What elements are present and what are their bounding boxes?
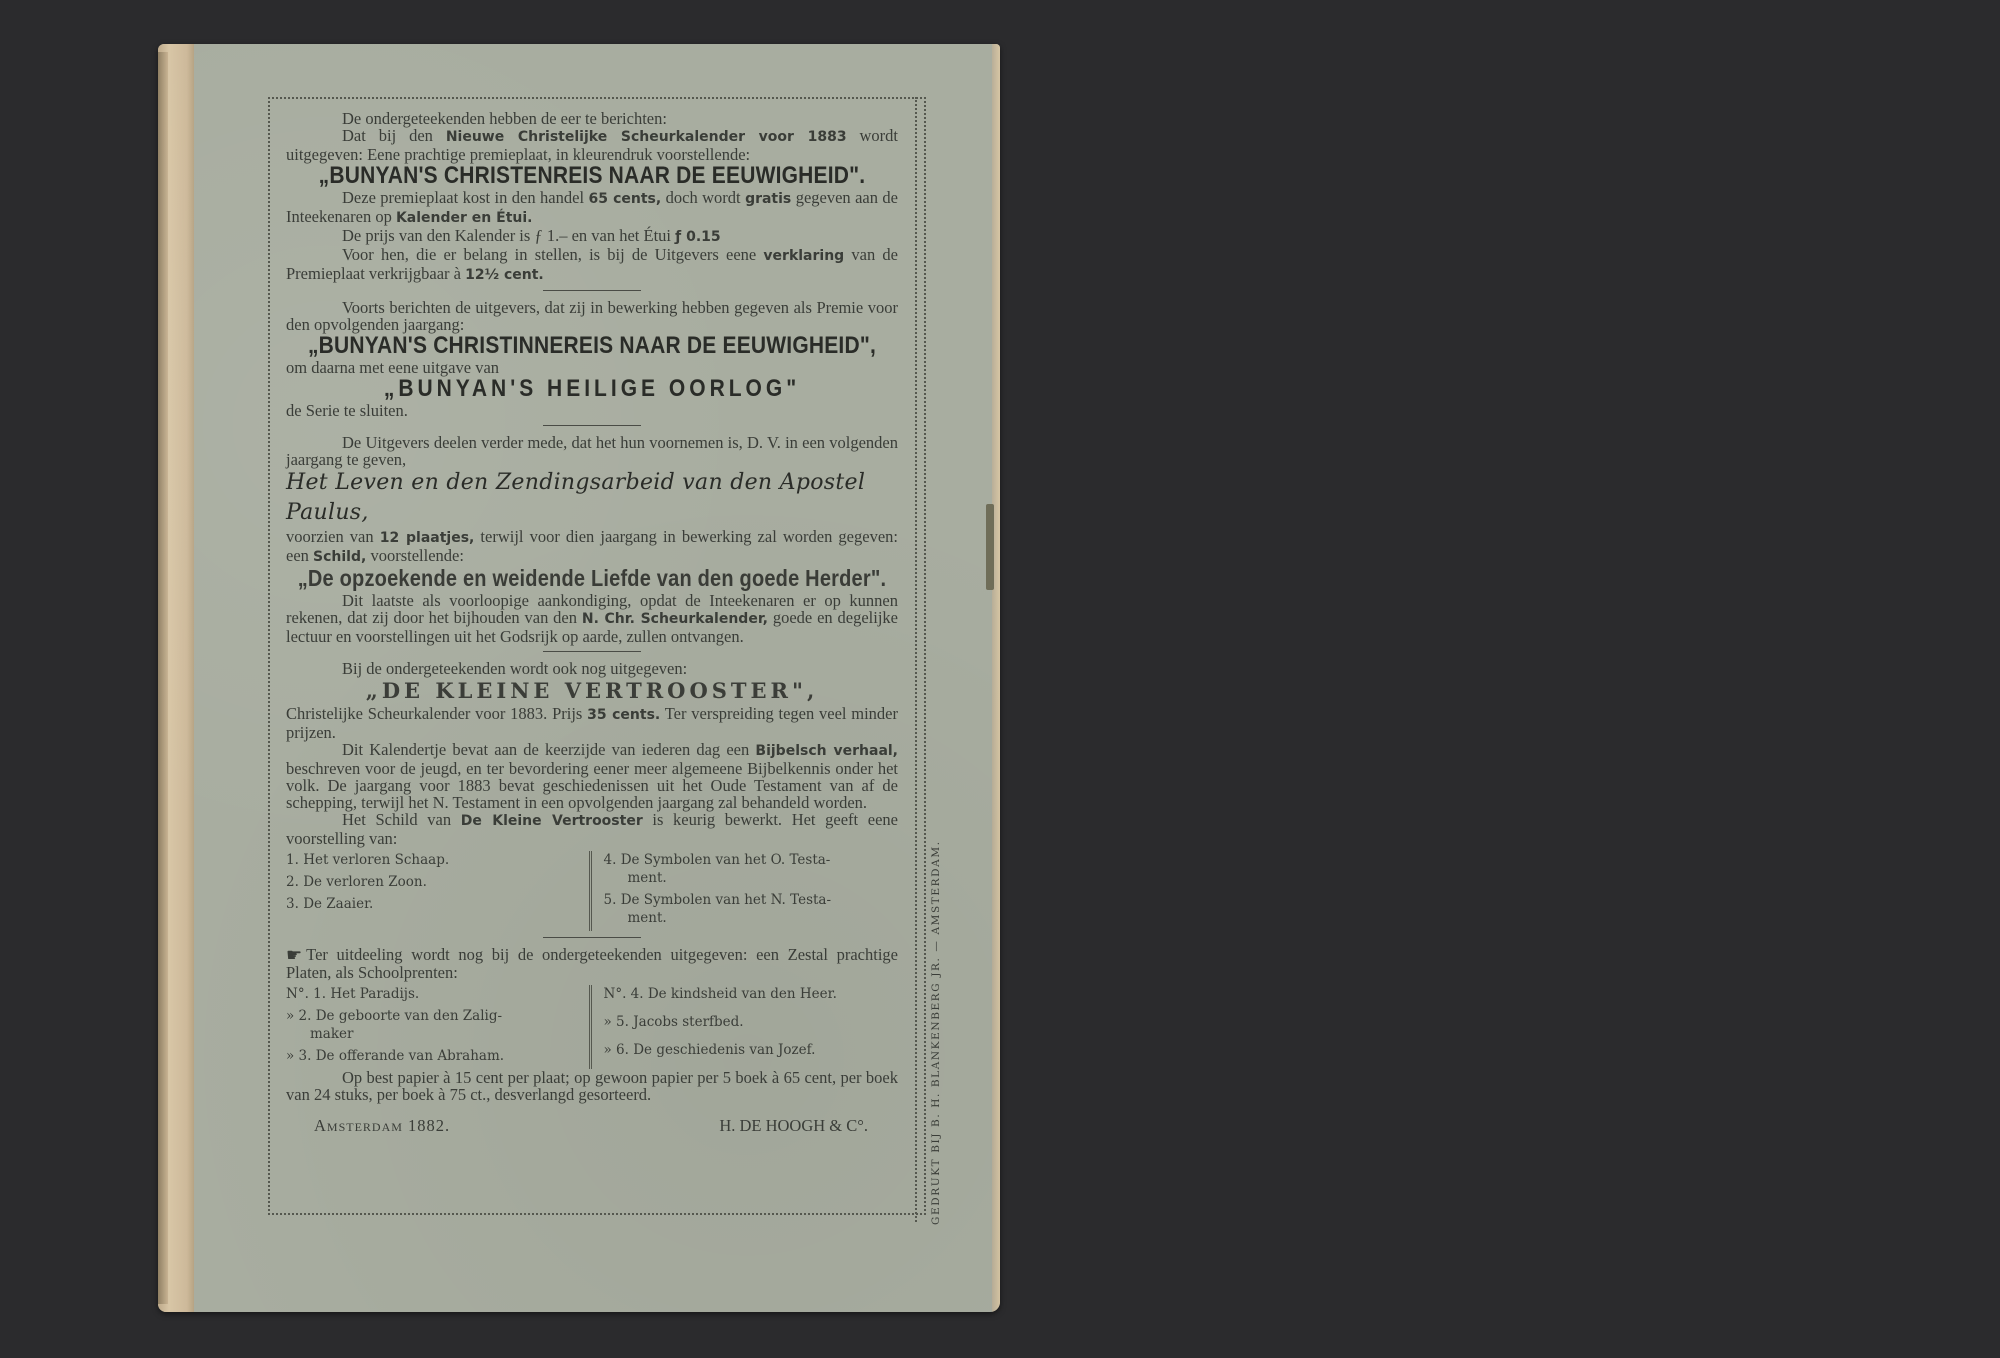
item-number: 1. — [286, 852, 299, 868]
item-text: De offerande van Abraham. — [316, 1048, 504, 1064]
paragraph: Voorts berichten de uitgevers, dat zij i… — [286, 299, 898, 333]
item-number: 2. — [286, 874, 299, 890]
text: De prijs van den Kalender is ƒ 1.– en va… — [342, 226, 675, 245]
paragraph: Voor hen, die er belang in stellen, is b… — [286, 246, 898, 284]
divider — [543, 290, 641, 291]
paragraph: de Serie te sluiten. — [286, 402, 898, 419]
item-text: Het Paradijs. — [330, 986, 419, 1002]
list-item: 1. Het verloren Schaap. — [286, 851, 581, 869]
item-number: 4. — [604, 852, 617, 868]
bold-text: 65 cents, — [588, 191, 661, 207]
item-text-continued: maker — [286, 1025, 581, 1043]
shield-list-left: 1. Het verloren Schaap. 2. De verloren Z… — [286, 851, 589, 931]
item-text-continued: ment. — [604, 869, 899, 887]
pointing-hand-icon: ☛ — [286, 945, 302, 965]
item-text: De geschiedenis van Jozef. — [633, 1042, 815, 1058]
signature-line: Amsterdam 1882. H. DE HOOGH & C°. — [286, 1117, 898, 1134]
list-item: 4. De Symbolen van het O. Testa-ment. — [604, 851, 899, 887]
paragraph: ☛Ter uitdeeling wordt nog bij de onderge… — [286, 946, 898, 981]
plates-list: N°. 1. Het Paradijs. » 2. De geboorte va… — [286, 985, 898, 1069]
advertisement-text: De ondergeteekenden hebben de eer te ber… — [286, 110, 898, 1134]
text: Voor hen, die er belang in stellen, is b… — [342, 245, 763, 264]
item-text-continued: ment. — [604, 909, 899, 927]
printer-imprint: GEDRUKT BIJ B. H. BLANKENBERG JR. — AMST… — [930, 840, 942, 1225]
paragraph: Christelijke Scheurkalender voor 1883. P… — [286, 705, 898, 741]
paragraph: De Uitgevers deelen verder mede, dat het… — [286, 434, 898, 468]
item-text: De verloren Zoon. — [303, 874, 427, 890]
page-tab-mark — [986, 504, 994, 590]
title-christinnereis: „BUNYAN'S CHRISTINNEREIS NAAR DE EEUWIGH… — [286, 331, 898, 361]
spine-edge — [158, 52, 168, 1304]
paragraph: De prijs van den Kalender is ƒ 1.– en va… — [286, 227, 898, 246]
list-item: 2. De verloren Zoon. — [286, 873, 581, 891]
plates-list-right: N°. 4. De kindsheid van den Heer. » 5. J… — [589, 985, 899, 1069]
paragraph: Dit laatste als voorloopige aankondiging… — [286, 592, 898, 645]
shield-list-right: 4. De Symbolen van het O. Testa-ment. 5.… — [589, 851, 899, 931]
text: Het Schild van — [342, 810, 461, 829]
divider — [543, 425, 641, 426]
item-number: » 2. — [286, 1008, 311, 1024]
paragraph: Bij de ondergeteekenden wordt ook nog ui… — [286, 660, 898, 677]
item-number: » 3. — [286, 1048, 311, 1064]
list-item: 5. De Symbolen van het N. Testa-ment. — [604, 891, 899, 927]
item-number: » 5. — [604, 1014, 629, 1030]
item-text: De Zaaier. — [303, 896, 373, 912]
item-text: Het verloren Schaap. — [303, 852, 449, 868]
paragraph: Het Schild van De Kleine Vertrooster is … — [286, 811, 898, 847]
item-text: De Symbolen van het N. Testa- — [621, 892, 831, 908]
plates-list-left: N°. 1. Het Paradijs. » 2. De geboorte va… — [286, 985, 589, 1069]
item-number: 5. — [604, 892, 617, 908]
title-apostel-paulus: Het Leven en den Zendingsarbeid van den … — [286, 468, 898, 528]
divider — [543, 651, 641, 652]
title-heilige-oorlog: „BUNYAN'S HEILIGE OORLOG" — [286, 374, 898, 404]
publisher-name: H. DE HOOGH & C°. — [719, 1117, 868, 1134]
paragraph: voorzien van 12 plaatjes, terwijl voor d… — [286, 528, 898, 566]
list-item: 3. De Zaaier. — [286, 895, 581, 913]
bold-text: gratis — [745, 191, 791, 207]
bold-text: ƒ 0.15 — [675, 229, 721, 245]
bold-text: 12 plaatjes, — [380, 530, 475, 546]
bold-text: Bijbelsch verhaal, — [755, 743, 898, 759]
item-number: N°. 4. — [604, 986, 644, 1002]
bold-text: 35 cents. — [587, 707, 660, 723]
item-number: 3. — [286, 896, 299, 912]
text: Dat bij den — [342, 126, 446, 145]
list-item: » 5. Jacobs sterfbed. — [604, 1013, 899, 1031]
text: voorzien van — [286, 527, 380, 546]
title-kleine-vertrooster: „DE KLEINE VERTROOSTER", — [286, 677, 898, 705]
bold-text: De Kleine Vertrooster — [461, 813, 643, 829]
text: Christelijke Scheurkalender voor 1883. P… — [286, 704, 587, 723]
text: voorstellende: — [366, 546, 464, 565]
bold-text: N. Chr. Scheurkalender, — [582, 611, 768, 627]
item-text: De kindsheid van den Heer. — [648, 986, 837, 1002]
intro-line: De ondergeteekenden hebben de eer te ber… — [286, 110, 898, 127]
paragraph: Deze premieplaat kost in den handel 65 c… — [286, 189, 898, 227]
paragraph: Dit Kalendertje bevat aan de keerzijde v… — [286, 741, 898, 811]
bold-text: 12½ cent. — [465, 267, 544, 283]
list-item: N°. 4. De kindsheid van den Heer. — [604, 985, 899, 1003]
divider — [543, 937, 641, 938]
text: Ter uitdeeling wordt nog bij de onderget… — [286, 945, 898, 982]
paragraph: Dat bij den Nieuwe Christelijke Scheurka… — [286, 127, 898, 163]
item-text: Jacobs sterfbed. — [633, 1014, 743, 1030]
item-number: N°. 1. — [286, 986, 326, 1002]
list-item: » 2. De geboorte van den Zalig-maker — [286, 1007, 581, 1043]
bold-text: Kalender en Étui. — [396, 210, 533, 226]
text: beschreven voor de jeugd, en ter bevorde… — [286, 759, 898, 812]
list-item: » 3. De offerande van Abraham. — [286, 1047, 581, 1065]
text: Dit Kalendertje bevat aan de keerzijde v… — [342, 740, 755, 759]
title-christenreis: „BUNYAN'S CHRISTENREIS NAAR DE EEUWIGHEI… — [286, 161, 898, 191]
list-item: N°. 1. Het Paradijs. — [286, 985, 581, 1003]
bold-text: verklaring — [763, 248, 844, 264]
imprint-dotted-rule — [915, 97, 917, 1222]
list-item: » 6. De geschiedenis van Jozef. — [604, 1041, 899, 1059]
item-number: » 6. — [604, 1042, 629, 1058]
shield-list: 1. Het verloren Schaap. 2. De verloren Z… — [286, 851, 898, 931]
page-edge — [992, 44, 1000, 1312]
bold-text: Nieuwe Christelijke Scheurkalender voor … — [446, 129, 847, 145]
place-date: Amsterdam 1882. — [314, 1117, 450, 1134]
item-text: De geboorte van den Zalig- — [316, 1008, 502, 1024]
item-text: De Symbolen van het O. Testa- — [621, 852, 831, 868]
title-goede-herder: „De opzoekende en weidende Liefde van de… — [286, 564, 898, 594]
bold-text: Schild, — [313, 549, 366, 565]
paragraph: Op best papier à 15 cent per plaat; op g… — [286, 1069, 898, 1103]
